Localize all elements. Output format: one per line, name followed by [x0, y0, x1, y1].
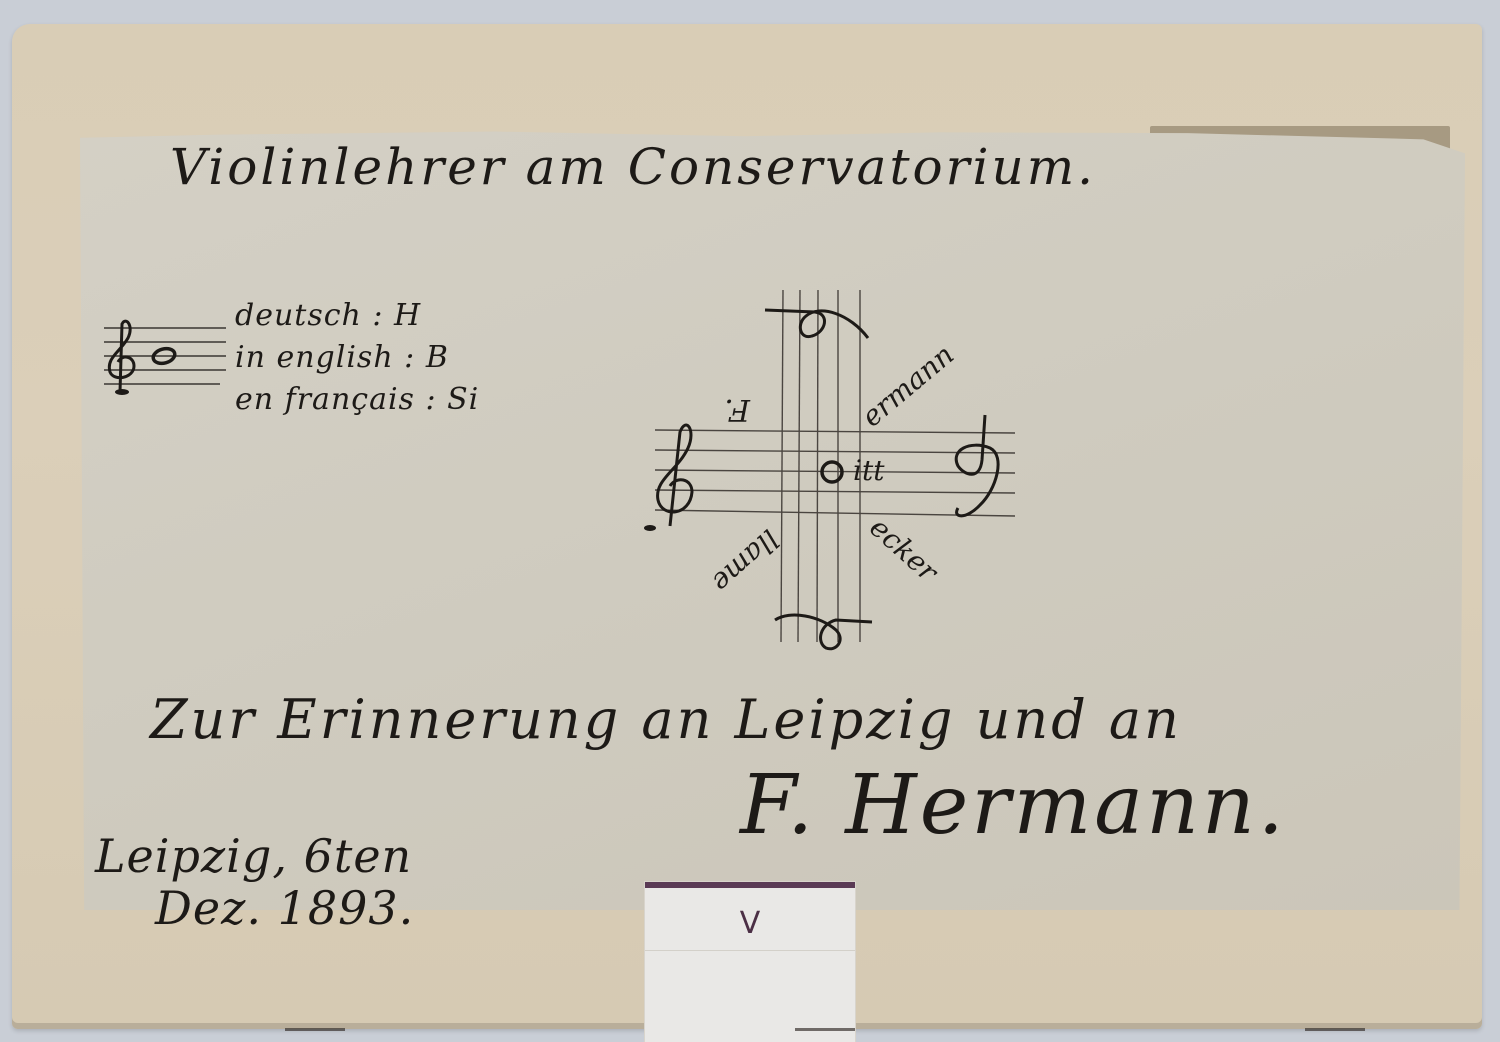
heading-text: Violinlehrer am Conservatorium. [170, 138, 1096, 196]
place-date: Leipzig, 6ten Dez. 1893. [95, 830, 414, 934]
tab-fold-line [645, 950, 855, 951]
musical-cross-diagram: itt ermann ecker llame F. [640, 280, 1040, 670]
place-date-line-2: Dez. 1893. [95, 882, 414, 934]
edge-mark [1305, 1028, 1365, 1031]
edge-mark [285, 1028, 345, 1031]
treble-clef-staff-icon [100, 318, 230, 398]
tab-mark: V [645, 906, 855, 941]
cross-fragment-upper-right: ermann [855, 338, 960, 434]
cross-fragment-lower-right: ecker [863, 511, 945, 590]
edge-mark [795, 1028, 855, 1031]
cross-fragment-lower-left: llame [706, 523, 786, 600]
note-name-french: en français : Si [235, 379, 479, 421]
note-name-german: deutsch : H [235, 295, 479, 337]
place-date-line-1: Leipzig, 6ten [95, 830, 414, 882]
dedication-text: Zur Erinnerung an Leipzig und an [150, 688, 1182, 751]
cross-fragment-center: itt [853, 454, 885, 487]
note-name-english: in english : B [235, 337, 479, 379]
index-tab-label: V [645, 882, 855, 1042]
signature: F. Hermann. [740, 758, 1287, 853]
note-names-list: deutsch : H in english : B en français :… [235, 295, 479, 421]
cross-fragment-top-left: F. [724, 392, 751, 427]
